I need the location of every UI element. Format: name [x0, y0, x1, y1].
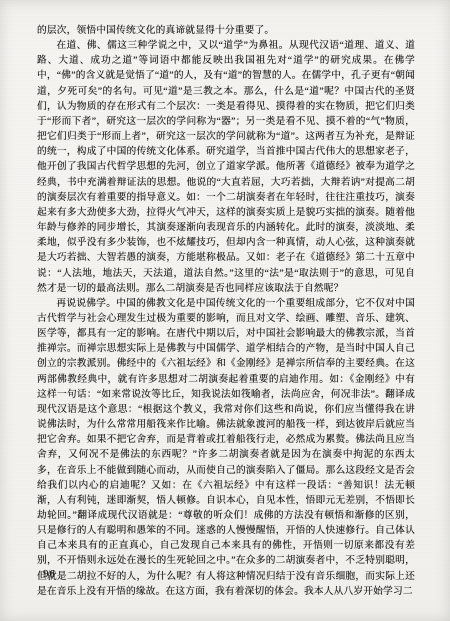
document-page: 的层次，领悟中国传统文化的真谛就显得十分重要了。 在道、佛、儒这三种学说之中，又… — [0, 0, 450, 621]
paragraph-foxue: 再说说佛学。中国的佛教文化是中国传统文化的一个重要组成部分，它不仅对中国古代哲学… — [37, 296, 415, 599]
paragraph-daoxue: 在道、佛、儒这三种学说之中，又以“道学”为鼻祖。从现代汉语“道理、道义、道路、大… — [37, 38, 415, 296]
page-text: 的层次，领悟中国传统文化的真谛就显得十分重要了。 在道、佛、儒这三种学说之中，又… — [37, 23, 415, 599]
paragraph-continuation: 的层次，领悟中国传统文化的真谛就显得十分重要了。 — [37, 23, 415, 38]
page-number: 96 — [43, 568, 56, 580]
